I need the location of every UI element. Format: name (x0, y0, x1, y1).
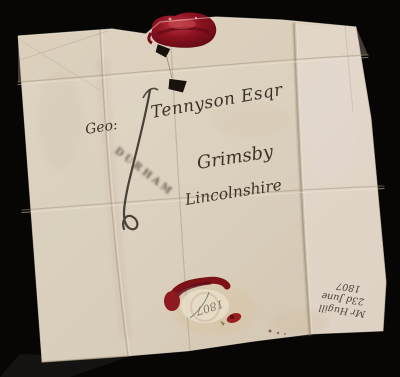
photo-stage: Geo: Tennyson Esqr Grimsby Lincolnshire … (0, 0, 400, 377)
letter-photograph: Geo: Tennyson Esqr Grimsby Lincolnshire … (0, 0, 400, 377)
wax-blob-left (164, 291, 180, 311)
